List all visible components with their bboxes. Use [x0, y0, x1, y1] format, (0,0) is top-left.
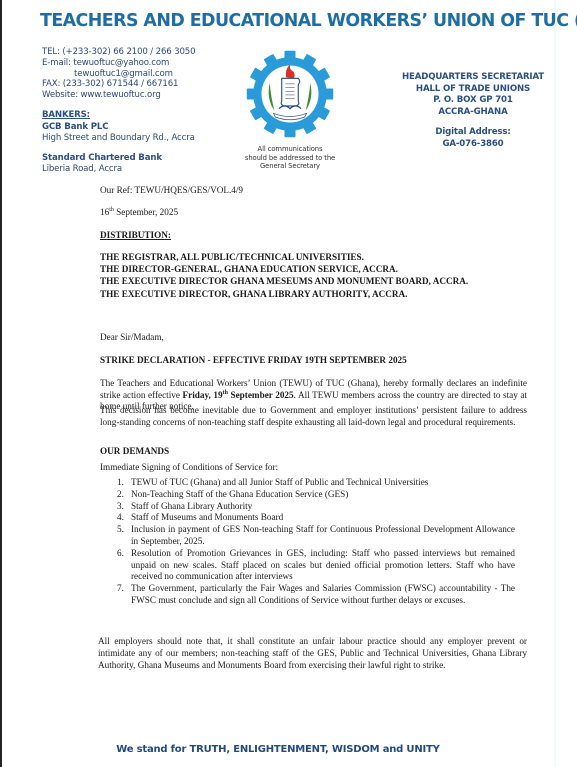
demand-number: 4.: [117, 512, 124, 524]
contact-block: TEL: (+233-302) 66 2100 / 266 3050 E-mai…: [42, 47, 195, 101]
bank-1-address: High Street and Boundary Rd., Accra: [42, 133, 195, 145]
digital-address-label: Digital Address:: [378, 127, 568, 139]
demand-text: The Government, particularly the Fair Wa…: [131, 583, 515, 605]
demand-number: 7.: [117, 583, 124, 595]
letterhead-title: TEACHERS AND EDUCATIONAL WORKERS’ UNION …: [40, 11, 540, 31]
demand-text: Staff of Museums and Monuments Board: [131, 512, 283, 522]
distribution-item: THE EXECUTIVE DIRECTOR, GHANA LIBRARY AU…: [100, 288, 527, 300]
logo-caption: All communications should be addressed t…: [228, 145, 352, 171]
demand-number: 5.: [117, 524, 124, 536]
website: Website: www.tewuoftuc.org: [42, 90, 195, 101]
demand-item: 1.TEWU of TUC (Ghana) and all Junior Sta…: [117, 477, 515, 489]
email-secondary: tewuoftuc1@gmail.com: [42, 69, 195, 80]
bankers-heading: BANKERS:: [42, 110, 195, 122]
bank-1-name: GCB Bank PLC: [42, 122, 195, 134]
email-primary: E-mail: tewuoftuc@yahoo.com: [42, 58, 195, 69]
demand-item: 3.Staff of Ghana Library Authority: [117, 501, 515, 513]
demand-text: Staff of Ghana Library Authority: [131, 501, 252, 511]
demand-number: 3.: [117, 501, 124, 513]
demand-item: 2.Non-Teaching Staff of the Ghana Educat…: [117, 489, 515, 501]
distribution-item: THE REGISTRAR, ALL PUBLIC/TECHNICAL UNIV…: [100, 251, 527, 263]
demand-item: 4.Staff of Museums and Monuments Board: [117, 512, 515, 524]
distribution-list: THE REGISTRAR, ALL PUBLIC/TECHNICAL UNIV…: [100, 251, 527, 300]
telephone: TEL: (+233-302) 66 2100 / 266 3050: [42, 47, 195, 58]
demand-text: Non-Teaching Staff of the Ghana Educatio…: [131, 489, 348, 499]
paragraph-reason: This decision has become inevitable due …: [100, 405, 527, 428]
digital-address-value: GA-076-3860: [378, 139, 568, 151]
distribution-item: THE EXECUTIVE DIRECTOR GHANA MESEUMS AND…: [100, 275, 527, 287]
distribution-item: THE DIRECTOR-GENERAL, GHANA EDUCATION SE…: [100, 263, 527, 275]
demand-item: 6.Resolution of Promotion Grievances in …: [117, 548, 515, 583]
demand-text: Inclusion in payment of GES Non-teaching…: [131, 524, 515, 546]
reference-number: Our Ref: TEWU/HQES/GES/VOL.4/9: [100, 185, 527, 197]
demands-heading: OUR DEMANDS: [100, 446, 527, 458]
demand-number: 6.: [117, 548, 124, 560]
demands-intro: Immediate Signing of Conditions of Servi…: [100, 462, 527, 474]
subject-line: STRIKE DECLARATION - EFFECTIVE FRIDAY 19…: [100, 355, 527, 367]
demand-text: TEWU of TUC (Ghana) and all Junior Staff…: [131, 477, 428, 487]
union-crest-gear-icon: [244, 48, 336, 140]
distribution-heading: DISTRIBUTION:: [100, 230, 527, 242]
demands-list: 1.TEWU of TUC (Ghana) and all Junior Sta…: [117, 477, 515, 607]
closing-paragraph: All employers should note that, it shall…: [98, 635, 527, 671]
demand-number: 2.: [117, 489, 124, 501]
demand-text: Resolution of Promotion Grievances in GE…: [131, 548, 515, 582]
salutation: Dear Sir/Madam,: [100, 332, 527, 344]
demand-item: 5.Inclusion in payment of GES Non-teachi…: [117, 524, 515, 548]
bank-2-address: Liberia Road, Accra: [42, 164, 195, 176]
demand-number: 1.: [117, 477, 124, 489]
fax: FAX: (233-302) 671544 / 667161: [42, 79, 195, 90]
footer-motto: We stand for TRUTH, ENLIGHTENMENT, WISDO…: [0, 744, 556, 755]
headquarters-address: HEADQUARTERS SECRETARIAT HALL OF TRADE U…: [378, 72, 568, 150]
bankers-block: BANKERS: GCB Bank PLC High Street and Bo…: [42, 110, 195, 176]
letter-date: 16th September, 2025: [100, 207, 527, 219]
demand-item: 7.The Government, particularly the Fair …: [117, 583, 515, 607]
scan-left-border: [0, 0, 2, 767]
bank-2-name: Standard Chartered Bank: [42, 153, 195, 165]
